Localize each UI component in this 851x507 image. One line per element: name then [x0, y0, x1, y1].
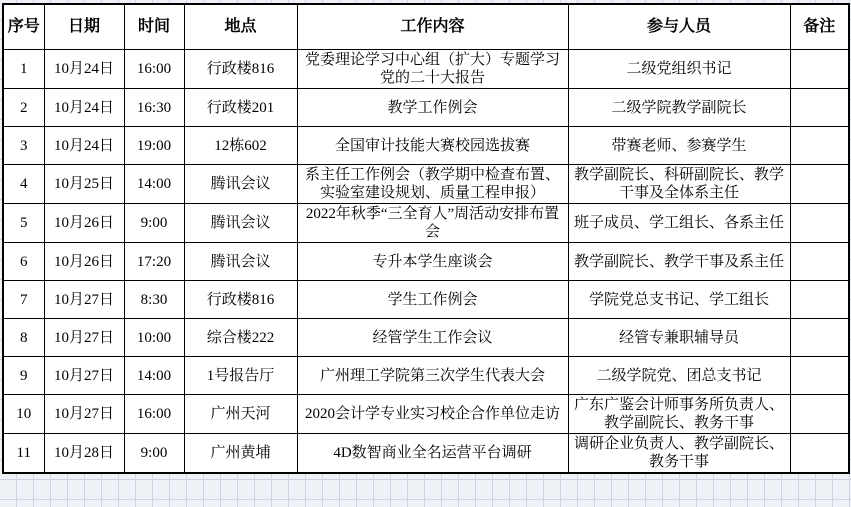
cell-date: 10月27日 — [44, 319, 124, 357]
cell-note — [790, 357, 849, 395]
cell-note — [790, 395, 849, 434]
cell-content: 广州理工学院第三次学生代表大会 — [297, 357, 568, 395]
cell-date: 10月24日 — [44, 89, 124, 127]
column-header-place: 地点 — [184, 4, 297, 50]
table-row: 910月27日14:001号报告厅广州理工学院第三次学生代表大会二级学院党、团总… — [3, 357, 849, 395]
table-row: 1010月27日16:00广州天河2020会计学专业实习校企合作单位走访广东广鉴… — [3, 395, 849, 434]
cell-participants: 广东广鉴会计师事务所负责人、教学副院长、教务干事 — [568, 395, 790, 434]
column-header-no: 序号 — [3, 4, 44, 50]
cell-participants: 二级党组织书记 — [568, 50, 790, 89]
cell-place: 行政楼816 — [184, 281, 297, 319]
cell-no: 11 — [3, 434, 44, 474]
cell-note — [790, 127, 849, 165]
column-header-content: 工作内容 — [297, 4, 568, 50]
cell-date: 10月27日 — [44, 357, 124, 395]
cell-time: 16:30 — [124, 89, 184, 127]
cell-place: 腾讯会议 — [184, 243, 297, 281]
cell-participants: 班子成员、学工组长、各系主任 — [568, 204, 790, 243]
cell-participants: 二级学院教学副院长 — [568, 89, 790, 127]
cell-participants: 教学副院长、科研副院长、教学干事及全体系主任 — [568, 165, 790, 204]
table-row: 810月27日10:00综合楼222经管学生工作会议经管专兼职辅导员 — [3, 319, 849, 357]
cell-no: 1 — [3, 50, 44, 89]
cell-place: 行政楼816 — [184, 50, 297, 89]
cell-place: 12栋602 — [184, 127, 297, 165]
column-header-note: 备注 — [790, 4, 849, 50]
cell-participants: 学院党总支书记、学工组长 — [568, 281, 790, 319]
cell-time: 9:00 — [124, 434, 184, 474]
cell-date: 10月25日 — [44, 165, 124, 204]
cell-time: 17:20 — [124, 243, 184, 281]
cell-content: 2020会计学专业实习校企合作单位走访 — [297, 395, 568, 434]
column-header-time: 时间 — [124, 4, 184, 50]
cell-time: 16:00 — [124, 50, 184, 89]
cell-note — [790, 89, 849, 127]
cell-time: 8:30 — [124, 281, 184, 319]
cell-place: 腾讯会议 — [184, 204, 297, 243]
cell-date: 10月27日 — [44, 395, 124, 434]
cell-date: 10月28日 — [44, 434, 124, 474]
cell-content: 教学工作例会 — [297, 89, 568, 127]
cell-no: 9 — [3, 357, 44, 395]
cell-time: 14:00 — [124, 165, 184, 204]
cell-note — [790, 319, 849, 357]
cell-date: 10月24日 — [44, 127, 124, 165]
cell-note — [790, 281, 849, 319]
cell-content: 专升本学生座谈会 — [297, 243, 568, 281]
cell-place: 广州黄埔 — [184, 434, 297, 474]
cell-note — [790, 50, 849, 89]
cell-place: 广州天河 — [184, 395, 297, 434]
column-header-participants: 参与人员 — [568, 4, 790, 50]
table-row: 210月24日16:30行政楼201教学工作例会二级学院教学副院长 — [3, 89, 849, 127]
table-row: 1110月28日9:00广州黄埔4D数智商业全名运营平台调研调研企业负责人、教学… — [3, 434, 849, 474]
cell-no: 4 — [3, 165, 44, 204]
cell-date: 10月27日 — [44, 281, 124, 319]
column-header-date: 日期 — [44, 4, 124, 50]
cell-no: 3 — [3, 127, 44, 165]
cell-no: 8 — [3, 319, 44, 357]
header-row: 序号日期时间地点工作内容参与人员备注 — [3, 4, 849, 50]
table-row: 110月24日16:00行政楼816党委理论学习中心组（扩大）专题学习党的二十大… — [3, 50, 849, 89]
cell-content: 党委理论学习中心组（扩大）专题学习党的二十大报告 — [297, 50, 568, 89]
cell-no: 5 — [3, 204, 44, 243]
cell-content: 系主任工作例会（教学期中检查布置、实验室建设规划、质量工程申报） — [297, 165, 568, 204]
table-head: 序号日期时间地点工作内容参与人员备注 — [3, 4, 849, 50]
cell-participants: 经管专兼职辅导员 — [568, 319, 790, 357]
cell-no: 10 — [3, 395, 44, 434]
cell-date: 10月24日 — [44, 50, 124, 89]
cell-participants: 带赛老师、参赛学生 — [568, 127, 790, 165]
cell-time: 14:00 — [124, 357, 184, 395]
cell-date: 10月26日 — [44, 243, 124, 281]
table-row: 610月26日17:20腾讯会议专升本学生座谈会教学副院长、教学干事及系主任 — [3, 243, 849, 281]
cell-place: 综合楼222 — [184, 319, 297, 357]
cell-note — [790, 165, 849, 204]
cell-time: 16:00 — [124, 395, 184, 434]
cell-no: 2 — [3, 89, 44, 127]
cell-content: 2022年秋季“三全育人”周活动安排布置会 — [297, 204, 568, 243]
cell-content: 学生工作例会 — [297, 281, 568, 319]
table-row: 710月27日8:30行政楼816学生工作例会学院党总支书记、学工组长 — [3, 281, 849, 319]
cell-content: 经管学生工作会议 — [297, 319, 568, 357]
cell-place: 1号报告厅 — [184, 357, 297, 395]
cell-no: 7 — [3, 281, 44, 319]
table-body: 110月24日16:00行政楼816党委理论学习中心组（扩大）专题学习党的二十大… — [3, 50, 849, 474]
cell-note — [790, 243, 849, 281]
work-schedule-table: 序号日期时间地点工作内容参与人员备注 110月24日16:00行政楼816党委理… — [2, 3, 850, 474]
cell-time: 19:00 — [124, 127, 184, 165]
cell-place: 腾讯会议 — [184, 165, 297, 204]
cell-content: 4D数智商业全名运营平台调研 — [297, 434, 568, 474]
table-row: 310月24日19:0012栋602全国审计技能大赛校园选拔赛带赛老师、参赛学生 — [3, 127, 849, 165]
cell-no: 6 — [3, 243, 44, 281]
cell-content: 全国审计技能大赛校园选拔赛 — [297, 127, 568, 165]
cell-note — [790, 204, 849, 243]
table-row: 510月26日9:00腾讯会议2022年秋季“三全育人”周活动安排布置会班子成员… — [3, 204, 849, 243]
cell-participants: 二级学院党、团总支书记 — [568, 357, 790, 395]
cell-date: 10月26日 — [44, 204, 124, 243]
table-row: 410月25日14:00腾讯会议系主任工作例会（教学期中检查布置、实验室建设规划… — [3, 165, 849, 204]
cell-note — [790, 434, 849, 474]
cell-place: 行政楼201 — [184, 89, 297, 127]
cell-participants: 教学副院长、教学干事及系主任 — [568, 243, 790, 281]
cell-participants: 调研企业负责人、教学副院长、教务干事 — [568, 434, 790, 474]
cell-time: 10:00 — [124, 319, 184, 357]
cell-time: 9:00 — [124, 204, 184, 243]
